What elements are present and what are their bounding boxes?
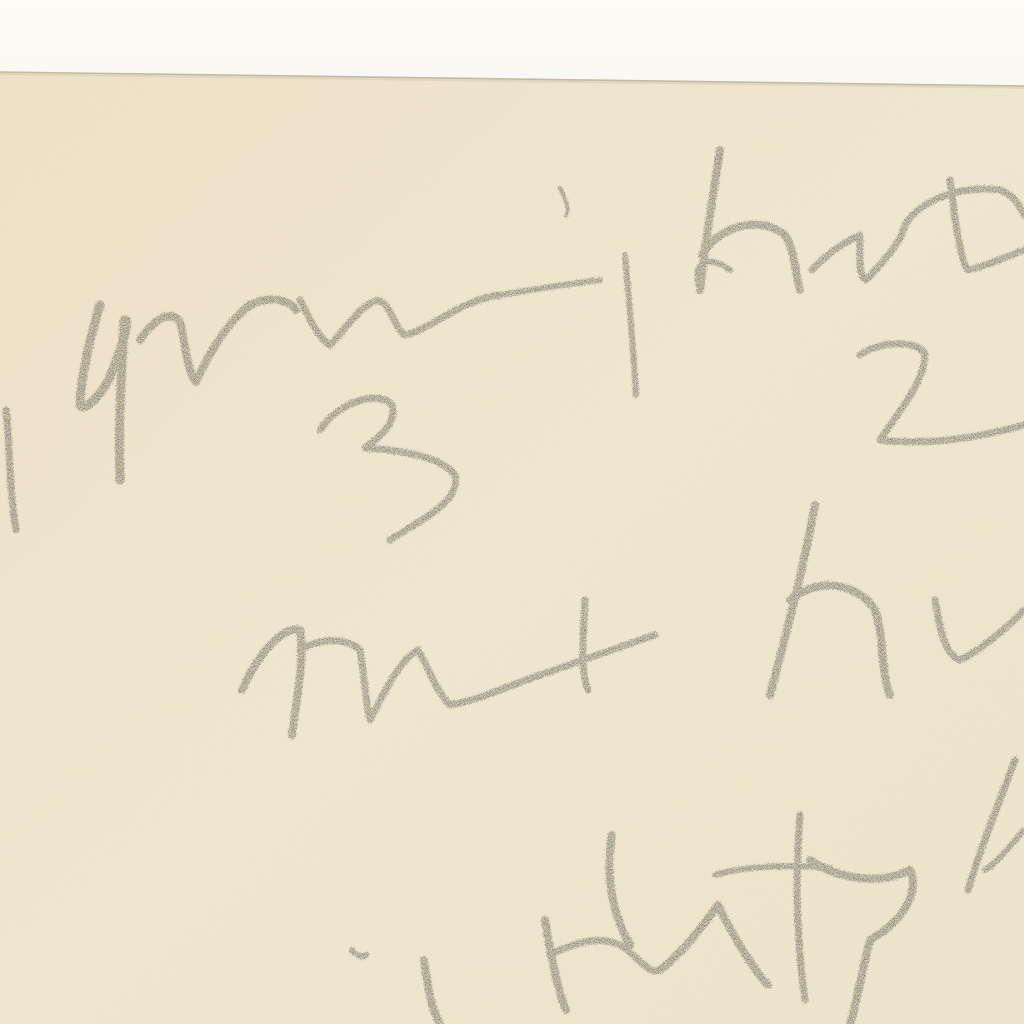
photo-scene: ...many hut... 3 2 not hu... i dhf a... (0, 0, 1024, 1024)
paper-card (0, 0, 1024, 1024)
